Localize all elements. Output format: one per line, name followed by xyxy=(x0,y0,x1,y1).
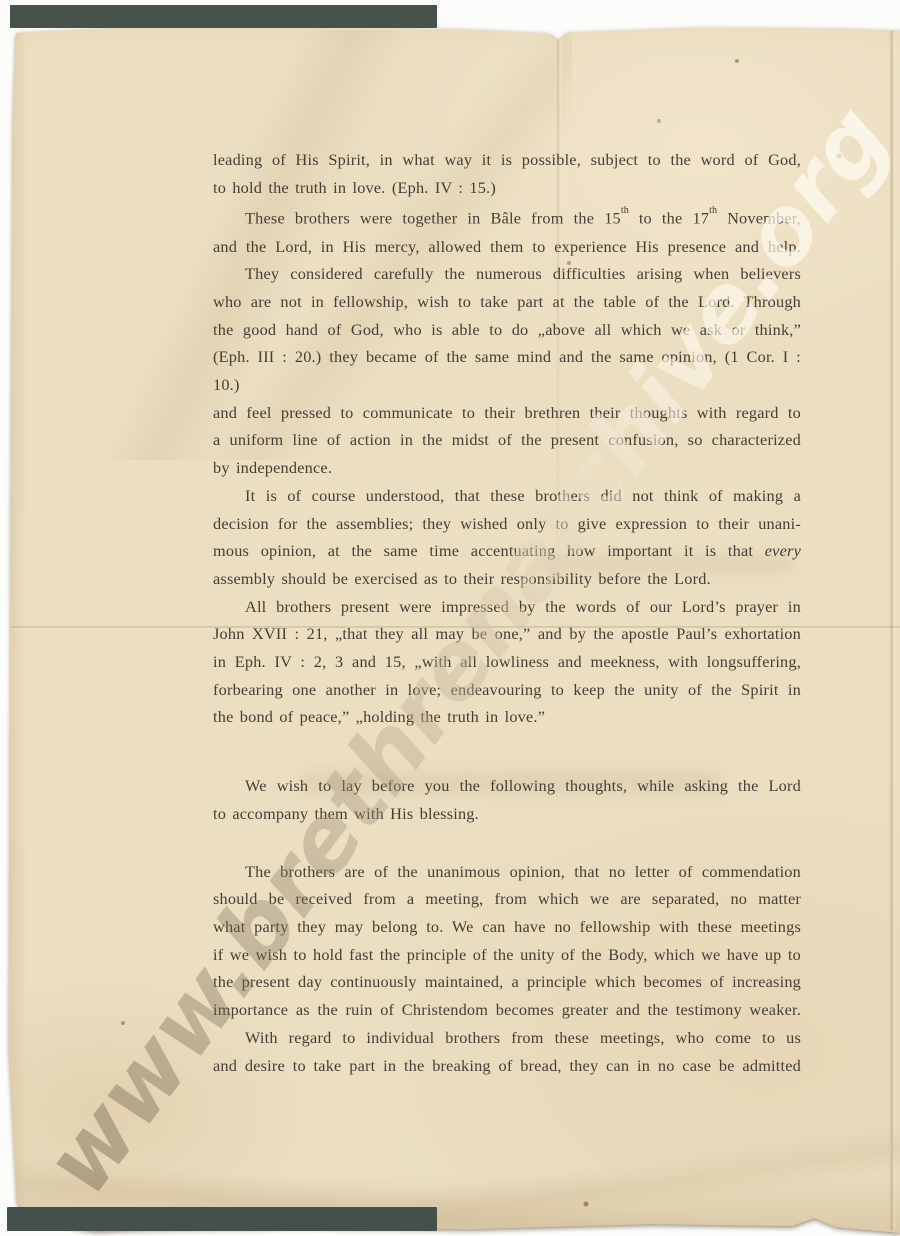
fold-crease-vertical-right xyxy=(889,30,896,1230)
text-line: the present day continuously maintained,… xyxy=(213,968,801,996)
text-line: to hold the truth in love. (Eph. IV : 15… xyxy=(213,174,801,202)
text-line: These brothers were together in Bâle fro… xyxy=(213,201,801,232)
paper-shadow-wrap: leading of His Spirit, in what way it is… xyxy=(0,0,900,1236)
text-line: the bond of peace,” „holding the truth i… xyxy=(213,703,801,731)
scanner-background-strip-top xyxy=(10,5,437,28)
text-line: and desire to take part in the breaking … xyxy=(213,1052,801,1080)
scanned-paper-sheet: leading of His Spirit, in what way it is… xyxy=(0,0,900,1236)
paragraph: leading of His Spirit, in what way it is… xyxy=(213,146,801,201)
text-line: importance as the ruin of Christendom be… xyxy=(213,996,801,1024)
text-line: a uniform line of action in the midst of… xyxy=(213,426,801,454)
age-spots xyxy=(0,0,2,2)
text-line: With regard to individual brothers from … xyxy=(213,1024,801,1052)
text-line: by independence. xyxy=(213,454,801,482)
text-line: leading of His Spirit, in what way it is… xyxy=(213,146,801,174)
scanner-background-strip-bottom xyxy=(7,1207,437,1231)
text-line: It is of course understood, that these b… xyxy=(213,482,801,510)
scanned-document-page: { "page": { "watermark": "www.brethrenar… xyxy=(0,0,900,1236)
paragraph: With regard to individual brothers from … xyxy=(213,1024,801,1079)
